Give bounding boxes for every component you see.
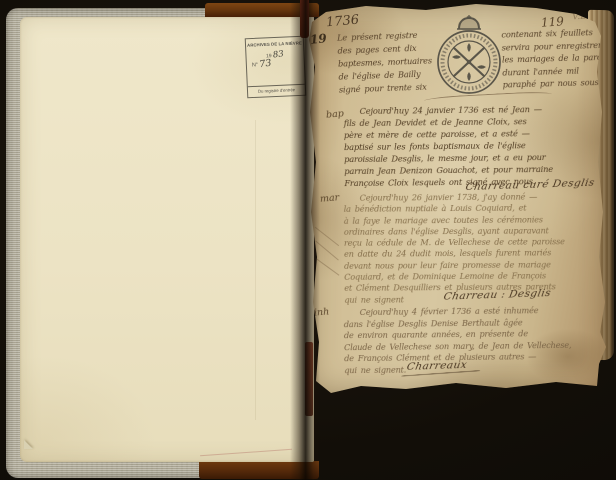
manuscript-folio: 1736 19 119 V.B Le présent regi	[306, 2, 614, 396]
year-heading: 1736	[325, 13, 359, 31]
corner-paraph: V.B	[572, 11, 588, 23]
year-handwritten: 83	[273, 51, 285, 59]
royal-tax-stamp-icon	[426, 12, 512, 98]
book-gutter-shadow	[290, 0, 320, 480]
handwriting-line: Cejourd'huy 4 février 1736 a esté inhumé…	[344, 305, 571, 319]
priest-signature: Charreaux	[406, 359, 468, 373]
entry-baptism-text: Cejourd'huy 24 janvier 1736 est né Jean …	[344, 103, 554, 189]
paper-crease	[255, 120, 256, 420]
number-label: N°	[252, 62, 258, 68]
endpaper-corner-fold	[24, 440, 33, 449]
number-handwritten: 73	[259, 59, 272, 68]
margin-note-marriage: mar	[320, 192, 340, 205]
handwriting-line: Cejourd'huy 26 janvier 1738, j'ay donné …	[344, 191, 565, 204]
header-text-left: Le présent registredes pages cent dixbap…	[337, 28, 433, 96]
archive-stamp-number: N° 73	[252, 59, 272, 67]
archival-scan: ARCHIVES DE LA NIÈVRE 19 83 N° 73 Du reg…	[0, 0, 616, 480]
margin-note-baptism: bap	[326, 108, 345, 121]
